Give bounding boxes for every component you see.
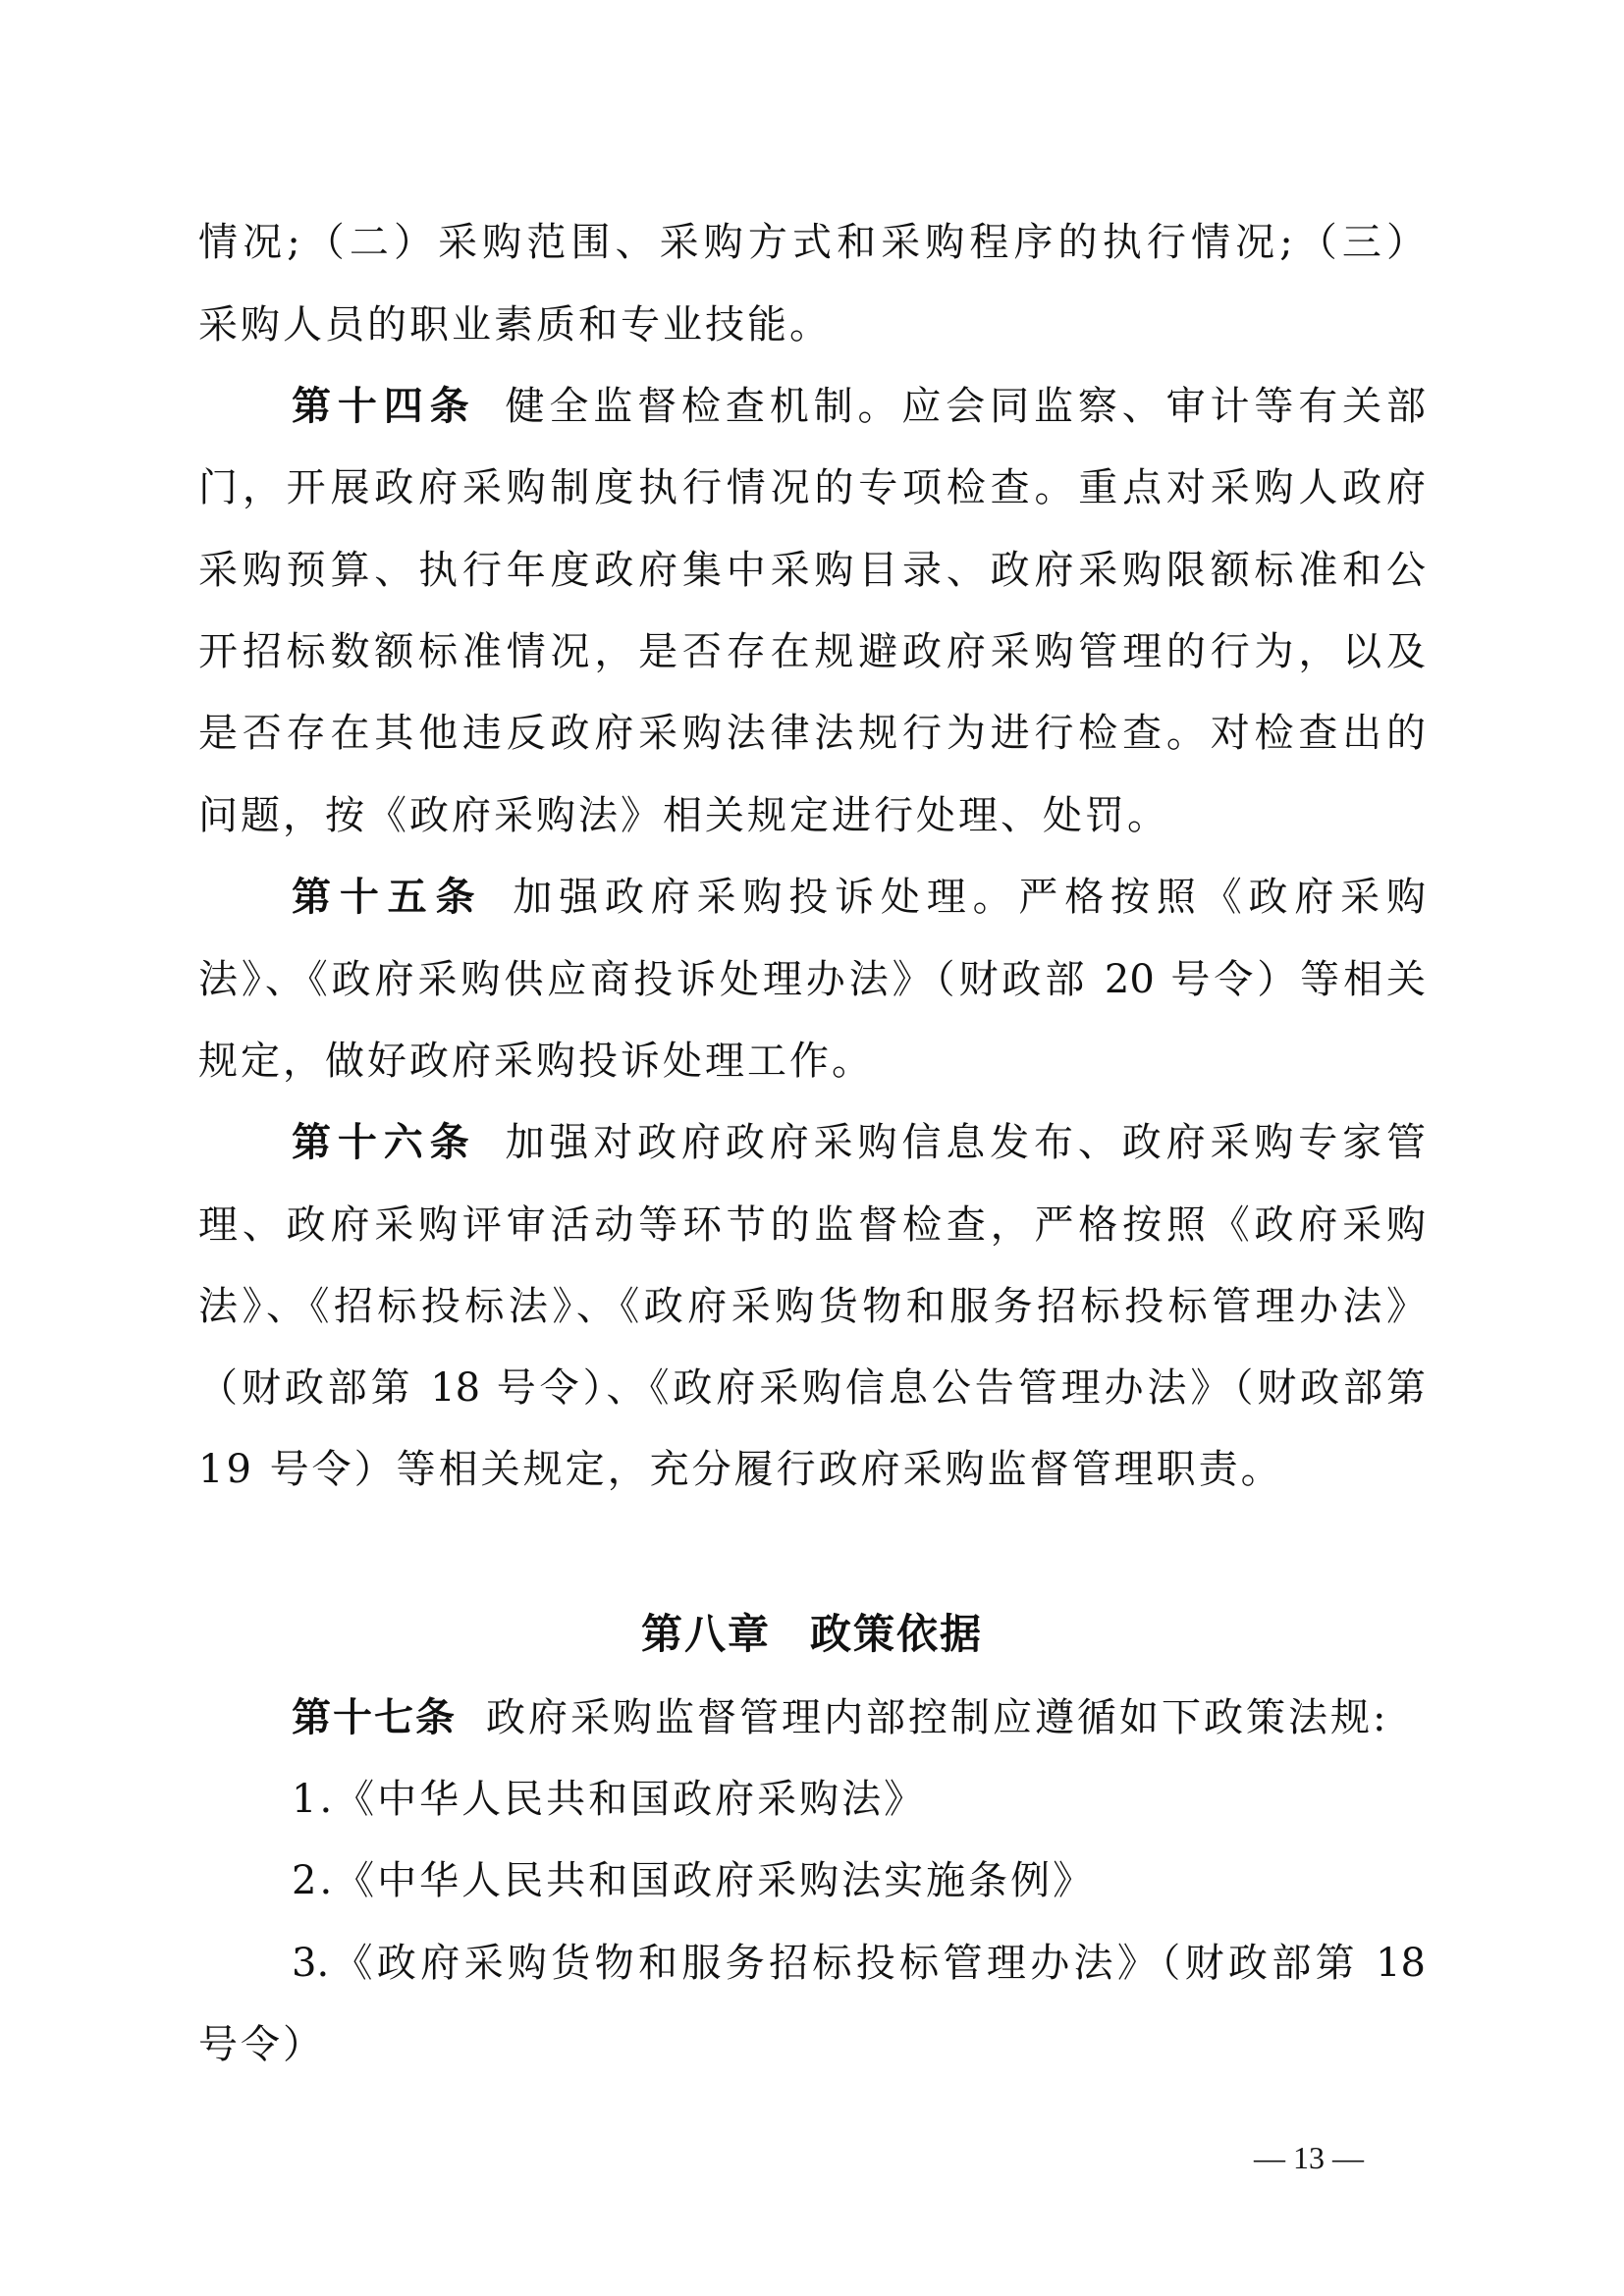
list-item-continuation: 号令）: [198, 2015, 1426, 2074]
paragraph-line: 情况;（二）采购范围、采购方式和采购程序的执行情况;（三）: [198, 213, 1426, 272]
article-number: 第十四条: [292, 384, 476, 429]
article-17-first-line: 第十七条政府采购监督管理内部控制应遵循如下政策法规:: [292, 1688, 1426, 1747]
paragraph-line: 采购预算、执行年度政府集中采购目录、政府采购限额标准和公: [198, 541, 1426, 600]
paragraph-line: 法》、《政府采购供应商投诉处理办法》（财政部 20 号令）等相关: [198, 950, 1426, 1009]
paragraph-line: 开招标数额标准情况，是否存在规避政府采购管理的行为，以及: [198, 622, 1426, 681]
paragraph-line: 理、政府采购评审活动等环节的监督检查，严格按照《政府采购: [198, 1196, 1426, 1255]
page-number: — 13 —: [1230, 2138, 1387, 2177]
document-page: 情况;（二）采购范围、采购方式和采购程序的执行情况;（三） 采购人员的职业素质和…: [0, 0, 1624, 2296]
paragraph-line: 是否存在其他违反政府采购法律法规行为进行检查。对检查出的: [198, 704, 1426, 763]
article-15-first-line: 第十五条加强政府采购投诉处理。严格按照《政府采购: [292, 868, 1426, 927]
paragraph-line: 问题，按《政府采购法》相关规定进行处理、处罚。: [198, 786, 1426, 845]
article-16-first-line: 第十六条加强对政府政府采购信息发布、政府采购专家管: [292, 1113, 1426, 1172]
paragraph-line: 19 号令）等相关规定，充分履行政府采购监督管理职责。: [198, 1440, 1426, 1499]
article-number: 第十五条: [292, 875, 483, 920]
article-text: 健全监督检查机制。应会同监察、审计等有关部: [506, 384, 1427, 429]
article-number: 第十七条: [292, 1695, 457, 1740]
chapter-heading: 第八章政策依据: [0, 1605, 1624, 1664]
list-item: 3.《政府采购货物和服务招标投标管理办法》（财政部第 18: [292, 1934, 1426, 1993]
paragraph-line: 采购人员的职业素质和专业技能。: [198, 295, 1426, 354]
list-item: 2.《中华人民共和国政府采购法实施条例》: [292, 1851, 1426, 1910]
article-number: 第十六条: [292, 1120, 476, 1165]
list-item: 1.《中华人民共和国政府采购法》: [292, 1770, 1426, 1829]
article-text: 政府采购监督管理内部控制应遵循如下政策法规:: [486, 1695, 1388, 1740]
article-text: 加强对政府政府采购信息发布、政府采购专家管: [506, 1120, 1427, 1165]
article-14-first-line: 第十四条健全监督检查机制。应会同监察、审计等有关部: [292, 377, 1426, 436]
paragraph-line: 门，开展政府采购制度执行情况的专项检查。重点对采购人政府: [198, 458, 1426, 517]
chapter-number: 第八章: [641, 1610, 771, 1658]
paragraph-line: 规定，做好政府采购投诉处理工作。: [198, 1032, 1426, 1091]
chapter-title: 政策依据: [810, 1610, 983, 1658]
paragraph-line: 法》、《招标投标法》、《政府采购货物和服务招标投标管理办法》: [198, 1277, 1426, 1336]
article-text: 加强政府采购投诉处理。严格按照《政府采购: [513, 875, 1426, 920]
paragraph-line: （财政部第 18 号令）、《政府采购信息公告管理办法》（财政部第: [198, 1359, 1426, 1417]
